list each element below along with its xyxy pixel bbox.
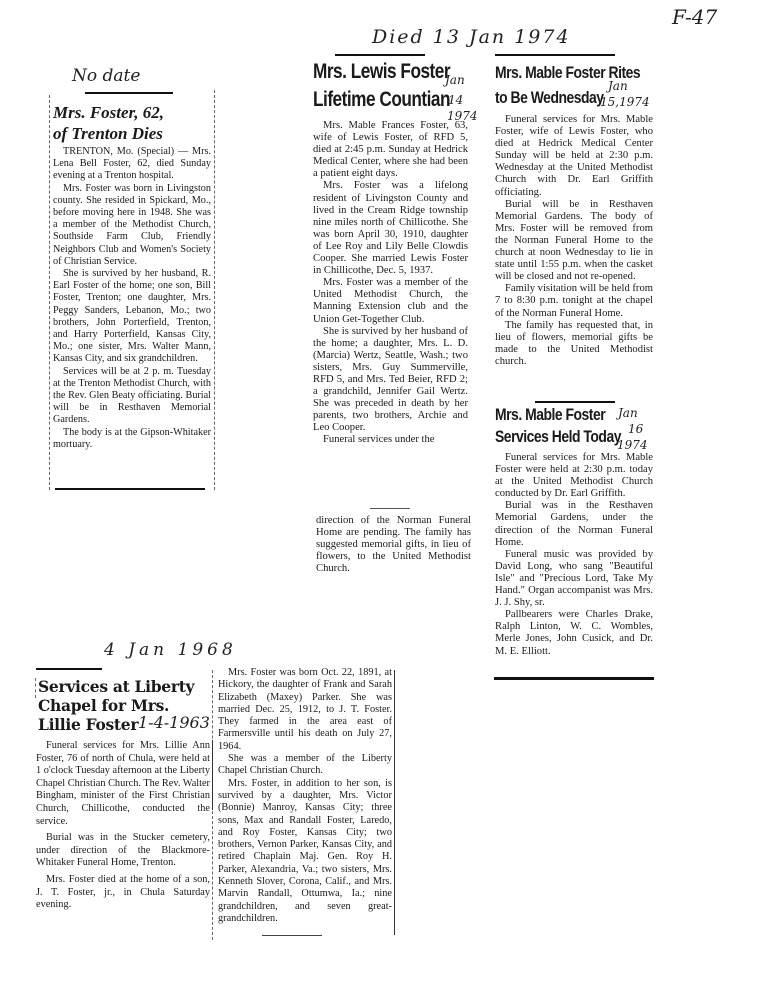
paragraph: Funeral services for Mrs. Mable Foster w… (495, 452, 653, 500)
paragraph: Burial will be in Resthaven Memorial Gar… (495, 199, 653, 284)
paragraph: Mrs. Foster died at the home of a son, J… (36, 874, 210, 912)
headline-line: Lifetime Countian (313, 86, 450, 114)
paragraph: The family has requested that, in lieu o… (495, 320, 653, 368)
annotation-no-date: No date (72, 66, 140, 86)
column-rule (394, 670, 395, 935)
paragraph: TRENTON, Mo. (Special) — Mrs. Lena Bell … (53, 146, 211, 183)
annotation-date: Jan (608, 80, 628, 92)
paragraph: Funeral services for Mrs. Lillie Ann Fos… (36, 740, 210, 828)
paragraph: Mrs. Foster, in addition to her son, is … (218, 778, 392, 926)
divider (494, 677, 654, 680)
annotation-date: 15,1974 (600, 96, 650, 108)
annotation-date: 1-4-1963 (138, 717, 210, 729)
article-4-body: Funeral services for Mrs. Mable Foster w… (495, 452, 653, 658)
divider (55, 488, 205, 490)
divider (262, 935, 322, 936)
divider (85, 92, 173, 94)
annotation-date: 16 (628, 423, 643, 435)
clip-edge (214, 90, 215, 490)
divider (335, 54, 425, 56)
clip-edge (35, 678, 36, 698)
annotation-date: 14 (448, 94, 463, 106)
clip-edge (49, 95, 50, 490)
article-2-continuation: direction of the Norman Funeral Home are… (316, 515, 471, 575)
paragraph: Pallbearers were Charles Drake, Ralph Li… (495, 609, 653, 657)
divider (495, 54, 615, 56)
paragraph: She is survived by her husband of the ho… (313, 326, 468, 435)
paragraph: Burial was in the Stucker cemetery, unde… (36, 832, 210, 870)
paragraph: Funeral services for Mrs. Mable Foster, … (495, 114, 653, 199)
column-rule (212, 740, 213, 810)
paragraph: Mrs. Foster was a lifelong resident of L… (313, 180, 468, 277)
paragraph: She was a member of the Liberty Chapel C… (218, 753, 392, 778)
article-5-column-2: Mrs. Foster was born Oct. 22, 1891, at H… (218, 667, 392, 925)
headline-line: Services at Liberty (38, 677, 194, 696)
article-3-body: Funeral services for Mrs. Mable Foster, … (495, 114, 653, 368)
headline-line: of Trenton Dies (53, 123, 213, 144)
headline-line: Mrs. Foster, 62, (53, 102, 213, 123)
headline-line: Services Held Today (495, 426, 621, 448)
paragraph: She is survived by her husband, R. Earl … (53, 268, 211, 366)
annotation-jan-1968: 4 Jan 1968 (104, 640, 237, 660)
article-4-headline: Mrs. Mable Foster Services Held Today (495, 404, 621, 448)
paragraph: Mrs. Foster was a member of the United M… (313, 277, 468, 325)
paragraph: Funeral music was provided by David Long… (495, 549, 653, 609)
page-label: F-47 (672, 5, 717, 29)
paragraph: Family visitation will be held from 7 to… (495, 283, 653, 319)
annotation-died: Died 13 Jan 1974 (372, 26, 571, 48)
article-5-body: Funeral services for Mrs. Lillie Ann Fos… (36, 740, 210, 912)
paragraph: Mrs. Mable Frances Foster, 63, wife of L… (313, 120, 468, 180)
article-1-body: TRENTON, Mo. (Special) — Mrs. Lena Bell … (53, 146, 211, 451)
paragraph: Funeral services under the (313, 434, 468, 446)
annotation-date: Jan (445, 74, 465, 86)
paragraph: Mrs. Foster was born in Livingston count… (53, 183, 211, 268)
headline-line: Mrs. Mable Foster (495, 404, 621, 426)
annotation-date: Jan (618, 407, 638, 419)
paragraph: Mrs. Foster was born Oct. 22, 1891, at H… (218, 667, 392, 753)
divider (36, 668, 102, 670)
article-2-body: Mrs. Mable Frances Foster, 63, wife of L… (313, 120, 468, 447)
paragraph: Services will be at 2 p. m. Tuesday at t… (53, 366, 211, 427)
paragraph: Burial was in the Resthaven Memorial Gar… (495, 500, 653, 548)
article-1-headline: Mrs. Foster, 62, of Trenton Dies (53, 102, 213, 144)
headline-line: Mrs. Lewis Foster (313, 58, 450, 86)
article-2-headline: Mrs. Lewis Foster Lifetime Countian (313, 58, 450, 114)
divider (535, 401, 615, 403)
divider (370, 508, 410, 509)
annotation-date: 1974 (617, 439, 648, 451)
paragraph: The body is at the Gipson-Whitaker mortu… (53, 427, 211, 451)
